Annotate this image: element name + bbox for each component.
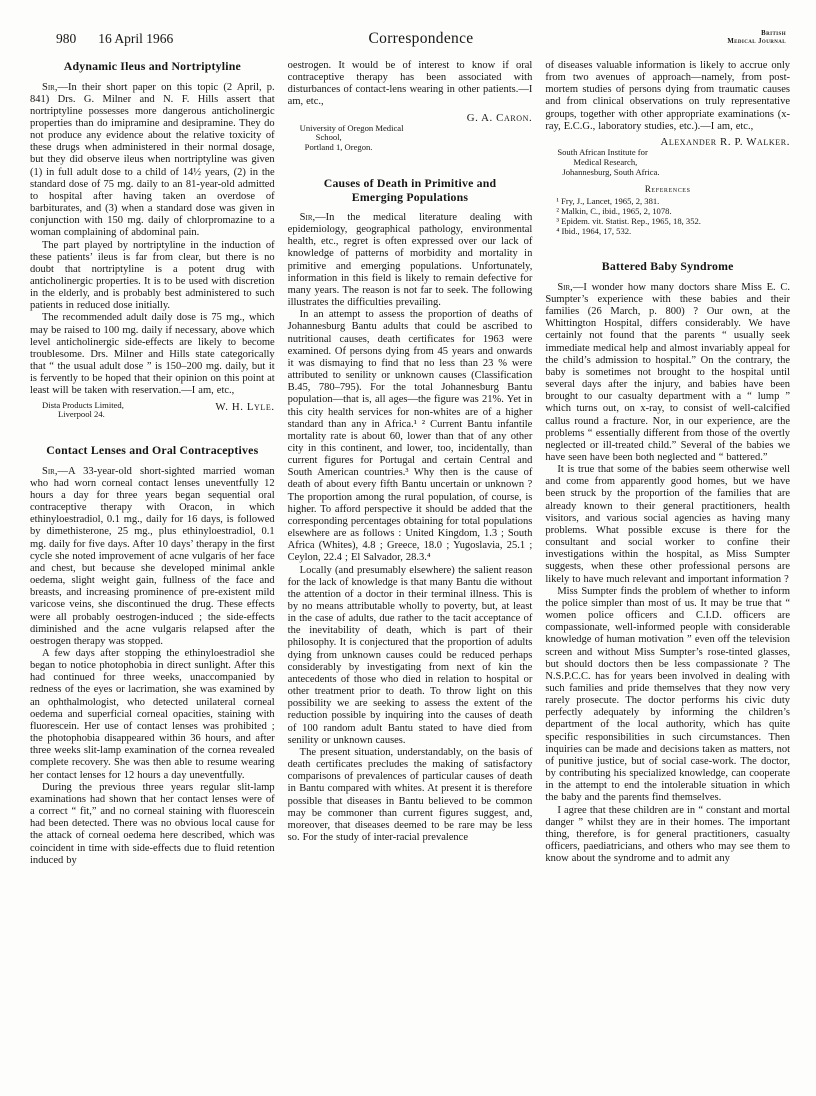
author-address: Dista Products Limited, Liverpool 24. (30, 401, 124, 421)
paragraph-continuation: oestrogen. It would be of interest to kn… (288, 60, 533, 109)
column-3: of diseases valuable information is like… (545, 52, 790, 867)
journal-name: British Medical Journal (473, 30, 786, 45)
text-columns: Adynamic Ileus and Nortriptyline Sir,—In… (30, 52, 790, 867)
paragraph-text: —I wonder how many doctors share Miss E.… (545, 282, 790, 463)
paragraph: A few days after stopping the ethinyloes… (30, 648, 275, 782)
paragraph: The recommended adult daily dose is 75 m… (30, 312, 275, 397)
signature-block-lyle: Dista Products Limited, Liverpool 24. W.… (30, 401, 275, 421)
reference-item: ² Malkin, C., ibid., 1965, 2, 1078. (545, 206, 790, 216)
salutation: Sir, (42, 82, 57, 93)
author-address: University of Oregon Medical School, Por… (288, 124, 533, 153)
paragraph-text: —In their short paper on this topic (2 A… (30, 82, 275, 239)
letter-title-battered-baby: Battered Baby Syndrome (551, 260, 784, 274)
paragraph: Sir,—I wonder how many doctors share Mis… (545, 282, 790, 464)
reference-item: ³ Epidem. vit. Statist. Rep., 1965, 18, … (545, 216, 790, 226)
salutation: Sir, (557, 282, 572, 293)
author-signature: G. A. Caron. (288, 112, 533, 124)
author-address: South African Institute for Medical Rese… (545, 148, 790, 177)
paragraph: During the previous three years regular … (30, 782, 275, 867)
paragraph: Sir,—In the medical literature dealing w… (288, 212, 533, 309)
paragraph: In an attempt to assess the proportion o… (288, 309, 533, 564)
address-line: Liverpool 24. (30, 410, 124, 420)
journal-page: 980 16 April 1966 Correspondence British… (0, 0, 816, 1096)
references-list: ¹ Fry, J., Lancet, 1965, 2, 381. ² Malki… (545, 196, 790, 236)
page-number: 980 (56, 31, 76, 47)
paragraph: Locally (and presumably elsewhere) the s… (288, 565, 533, 747)
address-line: Portland 1, Oregon. (288, 143, 533, 153)
paragraph: Miss Sumpter finds the problem of whethe… (545, 586, 790, 805)
column-2: oestrogen. It would be of interest to kn… (288, 52, 533, 867)
salutation: Sir, (42, 466, 57, 477)
paragraph: Sir,—In their short paper on this topic … (30, 82, 275, 240)
title-line: Emerging Populations (352, 190, 468, 204)
column-1: Adynamic Ileus and Nortriptyline Sir,—In… (30, 52, 275, 867)
section-title: Correspondence (369, 30, 474, 48)
paragraph-text: —A 33-year-old short-sighted married wom… (30, 466, 275, 647)
paragraph: Sir,—A 33-year-old short-sighted married… (30, 466, 275, 648)
journal-name-line2: Medical Journal (473, 38, 786, 46)
page-header: 980 16 April 1966 Correspondence British… (30, 30, 790, 48)
paragraph: The present situation, understandably, o… (288, 747, 533, 844)
letter-title-adynamic-ileus: Adynamic Ileus and Nortriptyline (36, 60, 269, 74)
references-heading: References (545, 184, 790, 194)
header-left: 980 16 April 1966 (56, 31, 369, 47)
address-line: Johannesburg, South Africa. (545, 168, 790, 178)
reference-item: ¹ Fry, J., Lancet, 1965, 2, 381. (545, 196, 790, 206)
paragraph-text: —In the medical literature dealing with … (288, 212, 533, 308)
reference-item: ⁴ Ibid., 1964, 17, 532. (545, 226, 790, 236)
title-line: Causes of Death in Primitive and (324, 176, 497, 190)
journal-name-line1: British (473, 30, 786, 38)
paragraph: It is true that some of the babies seem … (545, 464, 790, 586)
letter-title-causes-of-death: Causes of Death in Primitive andEmerging… (294, 177, 527, 204)
paragraph: The part played by nortriptyline in the … (30, 240, 275, 313)
author-signature: W. H. Lyle. (215, 401, 274, 413)
paragraph: I agree that these children are in “ con… (545, 805, 790, 866)
paragraph-continuation: of diseases valuable information is like… (545, 60, 790, 133)
salutation: Sir, (300, 212, 315, 223)
letter-title-contact-lenses: Contact Lenses and Oral Contraceptives (36, 444, 269, 458)
issue-date: 16 April 1966 (98, 31, 173, 47)
